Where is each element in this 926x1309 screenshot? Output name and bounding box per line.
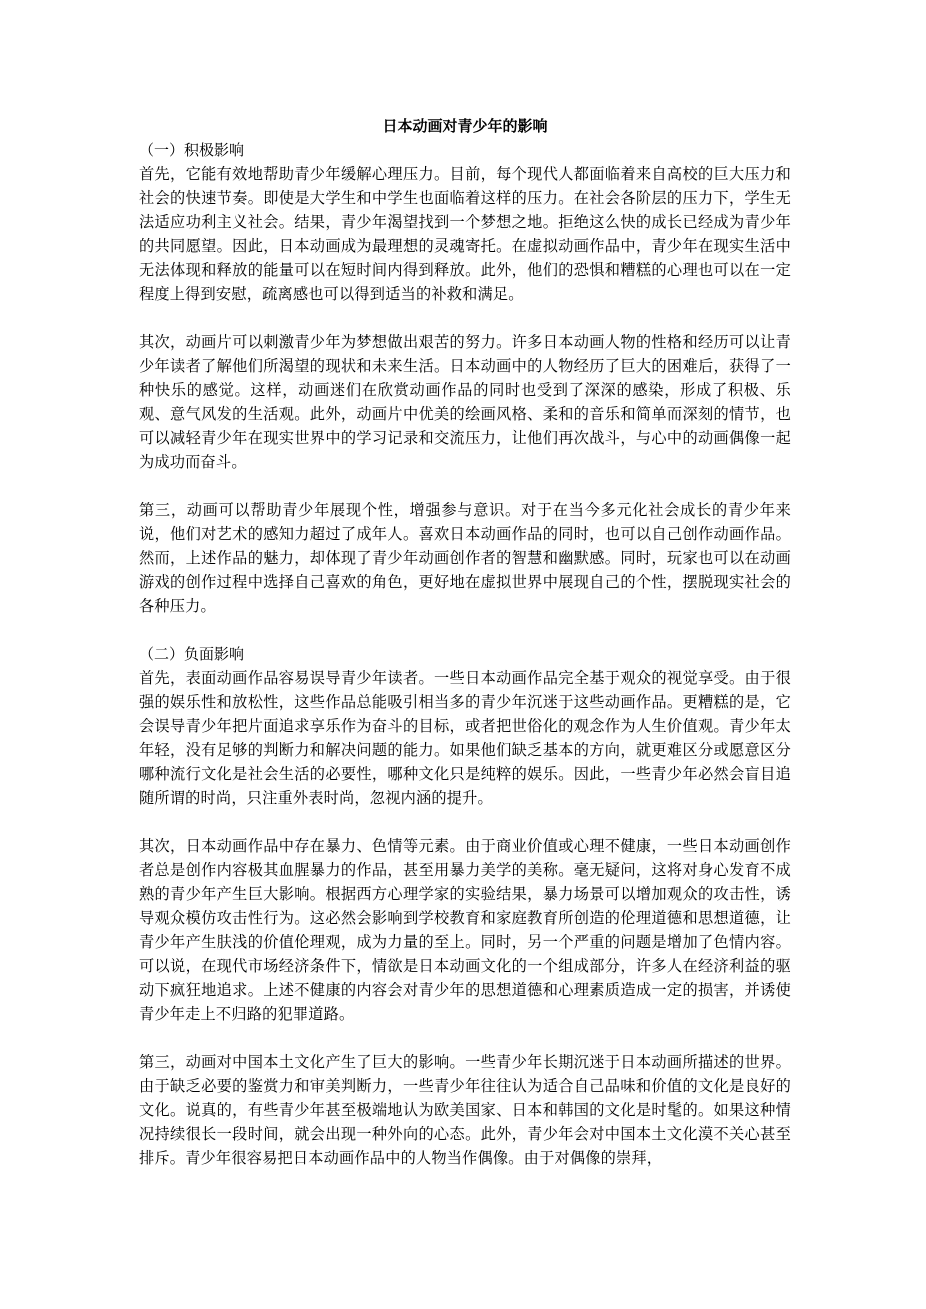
section-negative-effects: （二）负面影响 首先，表面动画作品容易误导青少年读者。一些日本动画作品完全基于观… — [139, 642, 791, 1170]
paragraph: 首先，它能有效地帮助青少年缓解心理压力。目前，每个现代人都面临着来自高校的巨大压… — [139, 162, 791, 306]
paragraph-spacer — [139, 474, 791, 498]
paragraph: 第三，动画对中国本土文化产生了巨大的影响。一些青少年长期沉迷于日本动画所描述的世… — [139, 1050, 791, 1170]
section-positive-effects: （一）积极影响 首先，它能有效地帮助青少年缓解心理压力。目前，每个现代人都面临着… — [139, 138, 791, 642]
paragraph: 第三，动画可以帮助青少年展现个性，增强参与意识。对于在当今多元化社会成长的青少年… — [139, 498, 791, 618]
paragraph: 首先，表面动画作品容易误导青少年读者。一些日本动画作品完全基于观众的视觉享受。由… — [139, 666, 791, 810]
section-heading: （一）积极影响 — [139, 138, 791, 162]
document-page: 日本动画对青少年的影响 （一）积极影响 首先，它能有效地帮助青少年缓解心理压力。… — [139, 114, 791, 1170]
paragraph: 其次，日本动画作品中存在暴力、色情等元素。由于商业价值或心理不健康，一些日本动画… — [139, 834, 791, 1026]
section-heading: （二）负面影响 — [139, 642, 791, 666]
document-title: 日本动画对青少年的影响 — [139, 114, 791, 138]
paragraph-spacer — [139, 618, 791, 642]
paragraph-spacer — [139, 810, 791, 834]
paragraph: 其次，动画片可以刺激青少年为梦想做出艰苦的努力。许多日本动画人物的性格和经历可以… — [139, 330, 791, 474]
paragraph-spacer — [139, 1026, 791, 1050]
paragraph-spacer — [139, 306, 791, 330]
